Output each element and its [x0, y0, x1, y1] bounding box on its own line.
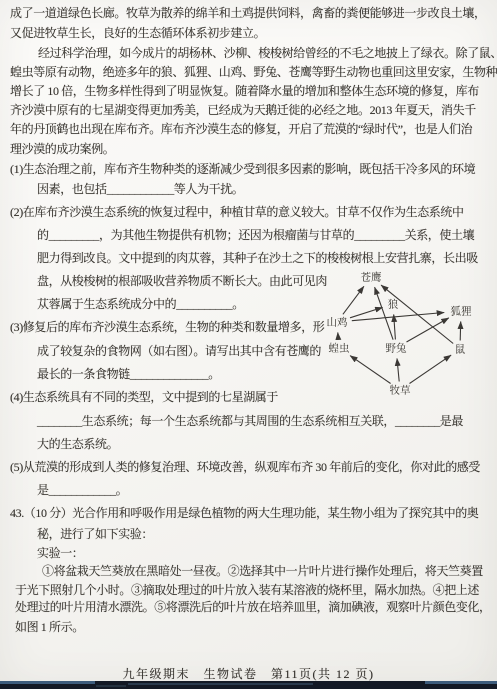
text-line-14: 盘，从梭梭树的根部吸收营养物质不断长大。由此可见肉	[37, 274, 327, 288]
food-web-node-lang: 狼	[388, 298, 399, 311]
text-line-27: ①将盆栽天竺葵放在黑暗处一昼夜。②选择其中一片叶片进行操作处理后，将天竺葵置	[42, 564, 483, 578]
food-web-edge-yetu-lang	[394, 315, 396, 340]
food-web-diagram: 苍鹰狼狐狸山鸡蝗虫野兔鼠牧草	[293, 263, 497, 405]
text-line-24: 43.（10 分）光合作用和呼吸作用是绿色植物的两大生理功能，某生物小组为了探究…	[10, 506, 478, 520]
text-line-22: (5)从荒漠的形成到人类的修复治理、环境改善，纵观库布齐 30 年前后的变化，你…	[10, 460, 480, 474]
food-web-node-shu: 鼠	[455, 343, 466, 356]
text-line-2: 又促进牧草生长，良好的生态循环体系初步建立。	[10, 26, 265, 40]
food-web-node-yetu: 野兔	[386, 342, 407, 355]
food-web-node-huangchong: 蝗虫	[329, 342, 350, 355]
text-line-1: 成了一道道绿色长廊。牧草为散养的绵羊和土鸡提供饲料，禽畜的粪便能够进一步改良土壤…	[10, 6, 486, 20]
text-line-20: ________生态系统；每一个生态系统都与其周围的生态系统相互关联，_____…	[37, 414, 463, 428]
text-line-8: 理沙漠的成功案例。	[10, 142, 114, 156]
food-web-edge-mucao-yetu	[397, 359, 399, 382]
photo-bar-shade	[96, 685, 126, 687]
photo-bar-highlight	[0, 681, 95, 684]
food-web-edge-mucao-huangchong	[350, 356, 391, 384]
text-line-18: 最长的一条食物链______________。	[37, 367, 220, 381]
photo-bar-highlight	[425, 681, 497, 684]
text-line-29: 处理过的叶片用清水漂洗。⑤将漂洗后的叶片放在培养皿里，滴加碘液，观察叶片颜色变化…	[15, 600, 491, 614]
photo-bottom-bar	[0, 681, 497, 689]
text-line-7: 年的丹顶鹤也出现在库布齐。库布齐沙漠生态的修复，开启了荒漠的“绿时代”，也是人们…	[10, 122, 472, 136]
food-web-node-cangying: 苍鹰	[361, 271, 382, 284]
text-line-9: (1)生态治理之前，库布齐生物种类的逐渐减少受到很多因素的影响，既包括干冷多风的…	[10, 162, 475, 176]
text-line-30: 如图 1 所示。	[15, 620, 84, 634]
text-line-11: (2)在库布齐沙漠生态系统的恢复过程中，种植甘草的意义较大。甘草不仅作为生态系统…	[10, 205, 464, 219]
food-web-edge-mucao-shu	[410, 355, 452, 383]
food-web-node-shanji: 山鸡	[327, 316, 348, 329]
photo-bar-shade	[128, 683, 313, 685]
food-web-node-huli: 狐狸	[451, 305, 472, 318]
food-web-edge-yetu-cangying	[375, 287, 394, 340]
text-line-25: 秘，进行了如下实验：	[37, 527, 153, 541]
text-line-6: 齐沙漠中原有的七星湖变得更加秀美，已经成为天鹅迁徙的必经之地。2013 年夏天，…	[10, 103, 476, 117]
page-footer: 九年级期末 生物试卷 第11页(共 12 页)	[0, 665, 497, 682]
text-line-15: 苁蓉属于生态系统成分中的__________。	[37, 297, 244, 311]
text-line-12: 的_________，为其他生物提供有机物；还因为根瘤菌与甘草的________…	[37, 228, 474, 242]
text-line-19: (4)生态系统具有不同的类型，文中提到的七星湖属于	[10, 390, 278, 404]
exam-page: 成了一道道绿色长廊。牧草为散养的绵羊和土鸡提供饲料，禽畜的粪便能够进一步改良土壤…	[0, 0, 497, 689]
text-line-21: 大的生态系统。	[37, 437, 118, 451]
food-web-edge-yetu-huli	[407, 318, 449, 342]
food-web-node-mucao: 牧草	[390, 384, 411, 397]
food-web-edge-shanji-huli	[352, 313, 444, 321]
text-line-16: (3)修复后的库布齐沙漠生态系统，生物的种类和数量增多，形	[10, 320, 324, 334]
food-web-edge-shanji-cangying	[343, 286, 364, 314]
text-line-3: 经过科学治理，如今成片的胡杨林、沙柳、梭梭树给曾经的不毛之地披上了绿衣。除了鼠、	[38, 46, 497, 60]
text-line-5: 增长了 10 倍，生物多样性得到了明显恢复。随着降水量的增加和整体生态环境的修复…	[10, 84, 479, 98]
food-web-edge-shanji-lang	[350, 307, 383, 317]
text-line-26: 实验一：	[37, 546, 83, 560]
text-line-10: 因素，也包括____________等人为干扰。	[37, 182, 243, 196]
text-line-28: 于光下照射几个小时。③摘取处理过的叶片放入装有某溶液的烧杯里，隔水加热。④把上述	[15, 583, 479, 597]
text-line-4: 蝗虫等原有动物，绝迹多年的狼、狐狸、山鸡、野兔、苍鹰等野生动物也重回这里安家，生…	[10, 65, 497, 79]
text-line-23: 是____________。	[37, 483, 127, 497]
food-web-edge-huangchong-shanji	[338, 333, 339, 340]
text-line-17: 成了较复杂的食物网（如右图）。请写出其中含有苍鹰的	[37, 344, 321, 358]
food-web-edge-shu-huli	[460, 322, 461, 341]
